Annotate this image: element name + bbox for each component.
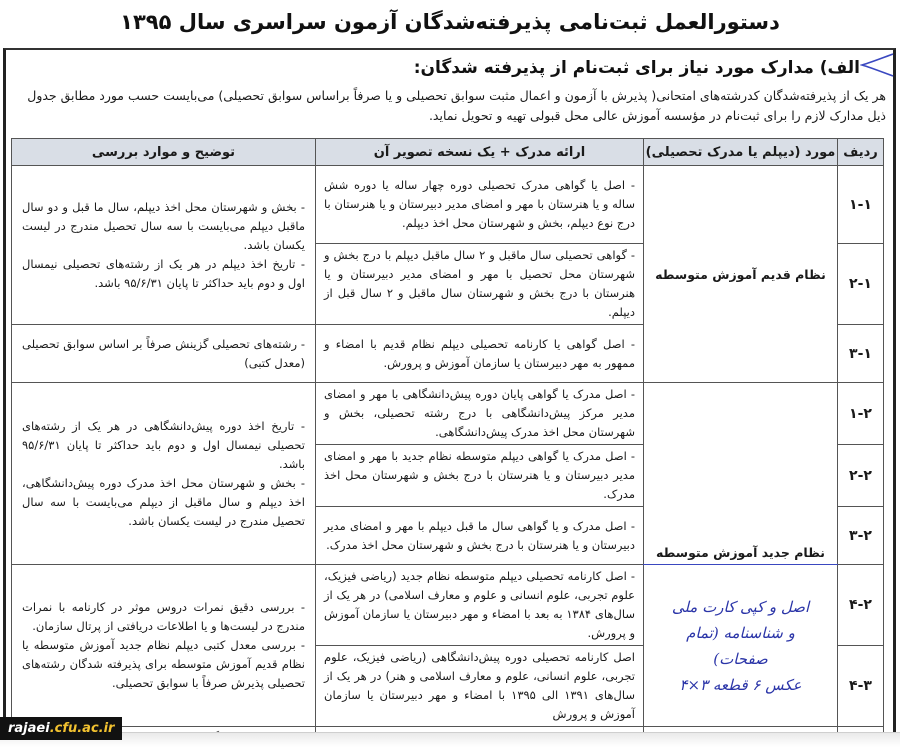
row-number: ۱-۲	[838, 383, 884, 445]
note-text: - تاریخ اخذ دوره پیش‌دانشگاهی در هر یک ا…	[22, 417, 305, 474]
header-notes: توضیح و موارد بررسی	[12, 139, 316, 166]
notes-cell: - بخش و شهرستان محل اخذ دیپلم، سال ما قب…	[12, 166, 316, 325]
category-new-system: نظام جدید آموزش متوسطه	[644, 383, 838, 565]
intro-paragraph: هر یک از پذیرفته‌شدگان کدرشته‌های امتحان…	[6, 86, 886, 126]
document-requirement: - گواهی تحصیلی سال ماقبل و ۲ سال ماقبل د…	[316, 244, 644, 325]
note-text: - رشته‌های تحصیلی گزینش صرفاً بر اساس سو…	[22, 335, 305, 373]
row-number: ۲-۱	[838, 244, 884, 325]
note-text: - بررسی معدل کتبی دیپلم نظام جدید آموزش …	[22, 636, 305, 693]
torn-paper-edge	[0, 732, 900, 747]
row-number: ۴-۳	[838, 646, 884, 727]
notes-cell: - تاریخ اخذ دوره پیش‌دانشگاهی در هر یک ا…	[12, 383, 316, 565]
row-number: ۴-۲	[838, 565, 884, 646]
document-requirement: - اصل گواهی یا کارنامه تحصیلی دیپلم نظام…	[316, 325, 644, 383]
note-text: - بخش و شهرستان محل اخذ مدرک دوره پیش‌دا…	[22, 474, 305, 531]
handwritten-line: و شناسنامه (تمام	[648, 620, 833, 646]
section-heading: الف) مدارک مورد نیاز برای ثبت‌نام از پذی…	[414, 58, 860, 78]
table-row: ۱-۲ نظام جدید آموزش متوسطه - اصل مدرک یا…	[12, 383, 884, 445]
document-requirement: - اصل مدرک و یا گواهی سال ما قبل دیپلم ب…	[316, 507, 644, 565]
header-documents: ارائه مدرک + یک نسخه تصویر آن	[316, 139, 644, 166]
watermark-text-domain: .cfu.ac.ir	[50, 721, 115, 736]
documents-table: ردیف مورد (دیپلم یا مدرک تحصیلی) ارائه م…	[11, 138, 884, 747]
handwritten-line: اصل و کپی کارت ملی	[648, 594, 833, 620]
row-number: ۱-۱	[838, 166, 884, 244]
handwritten-line: صفحات)	[648, 646, 833, 672]
table-row: ۱-۱ نظام قدیم آموزش متوسطه - اصل یا گواه…	[12, 166, 884, 244]
category-old-system: نظام قدیم آموزش متوسطه	[644, 166, 838, 383]
note-text: - تاریخ اخذ دیپلم در هر یک از رشته‌های ت…	[22, 255, 305, 293]
watermark-text-site: rajaei	[8, 721, 50, 736]
document-requirement: - اصل کارنامه تحصیلی دیپلم متوسطه نظام ج…	[316, 565, 644, 646]
page-title: دستورالعمل ثبت‌نامی پذیرفته‌شدگان آزمون …	[0, 10, 900, 34]
document-requirement: - اصل مدرک یا گواهی پایان دوره پیش‌دانشگ…	[316, 383, 644, 445]
pen-mark-icon	[860, 52, 894, 78]
header-item: مورد (دیپلم یا مدرک تحصیلی)	[644, 139, 838, 166]
document-requirement: اصل کارنامه تحصیلی دوره پیش‌دانشگاهی (ری…	[316, 646, 644, 727]
row-number: ۳-۲	[838, 507, 884, 565]
watermark-badge: rajaei.cfu.ac.ir	[0, 717, 122, 740]
note-text: - بررسی دقیق نمرات دروس موثر در کارنامه …	[22, 598, 305, 636]
handwritten-line: عکس ۶ قطعه ۳×۴	[648, 672, 833, 698]
row-number: ۳-۱	[838, 325, 884, 383]
notes-cell: - رشته‌های تحصیلی گزینش صرفاً بر اساس سو…	[12, 325, 316, 383]
notes-cell: - بررسی دقیق نمرات دروس موثر در کارنامه …	[12, 565, 316, 727]
header-row-no: ردیف	[838, 139, 884, 166]
table-header-row: ردیف مورد (دیپلم یا مدرک تحصیلی) ارائه م…	[12, 139, 884, 166]
document-requirement: - اصل مدرک یا گواهی دیپلم متوسطه نظام جد…	[316, 445, 644, 507]
note-text: - بخش و شهرستان محل اخذ دیپلم، سال ما قب…	[22, 198, 305, 255]
document-requirement: - اصل یا گواهی مدرک تحصیلی دوره چهار سال…	[316, 166, 644, 244]
row-number: ۲-۲	[838, 445, 884, 507]
table-row: ۴-۲ اصل و کپی کارت ملی و شناسنامه (تمام …	[12, 565, 884, 646]
handwritten-note: اصل و کپی کارت ملی و شناسنامه (تمام صفحا…	[644, 565, 838, 727]
